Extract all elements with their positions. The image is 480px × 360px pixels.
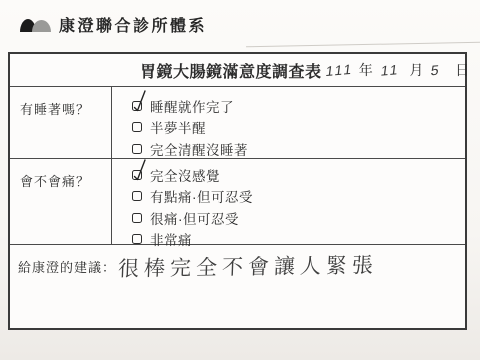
checkbox-icon xyxy=(132,122,142,132)
question-options-sleep: 睡醒就作完了 半夢半醒 完全清醒沒睡著 xyxy=(112,87,465,158)
question-label-sleep: 有睡著嗎？ xyxy=(10,87,112,158)
clinic-logo: 康澄聯合診所體系 xyxy=(20,13,207,36)
checkbox-icon xyxy=(132,144,142,154)
handwritten-day-value: 5 xyxy=(430,62,442,79)
option-label: 半夢半醒 xyxy=(150,117,206,137)
handwritten-month-value: 11 xyxy=(380,61,401,79)
option-label: 睡醒就作完了 xyxy=(150,96,234,116)
question-row-sleep: 有睡著嗎？ 睡醒就作完了 半夢半醒 xyxy=(10,87,465,159)
logo-gray-dome-shape xyxy=(32,20,51,32)
checkbox-icon xyxy=(132,213,142,223)
option-label: 有點痛·但可忍受 xyxy=(150,186,253,206)
checkbox-icon xyxy=(132,170,142,180)
option-row: 很痛·但可忍受 xyxy=(132,207,465,229)
checkbox-icon xyxy=(132,191,142,201)
handwritten-checkmark-icon xyxy=(130,88,149,113)
month-label: 月 xyxy=(409,60,423,80)
scan-artifact-line xyxy=(246,42,480,48)
suggestion-row: 給康澄的建議： 很棒完全不會讓人緊張 xyxy=(10,245,465,328)
option-row: 完全沒感覺 xyxy=(132,164,465,186)
option-row: 有點痛·但可忍受 xyxy=(132,186,465,208)
clinic-name: 康澄聯合診所體系 xyxy=(59,13,207,36)
checkbox-icon xyxy=(132,101,142,111)
handwritten-year-value: 111 xyxy=(324,61,354,79)
survey-title-row: 胃鏡大腸鏡滿意度調查表 111 年 11 月 5 日 xyxy=(10,54,465,87)
handwritten-checkmark-icon xyxy=(130,157,149,182)
option-row: 完全清醒沒睡著 xyxy=(132,138,465,160)
survey-table: 胃鏡大腸鏡滿意度調查表 111 年 11 月 5 日 有睡著嗎？ 睡醒就作完了 xyxy=(8,52,467,330)
option-row: 睡醒就作完了 xyxy=(132,95,465,117)
question-row-pain: 會不會痛？ 完全沒感覺 有點痛·但可忍受 xyxy=(10,159,465,245)
suggestion-label: 給康澄的建議： xyxy=(18,251,116,276)
question-label-pain: 會不會痛？ xyxy=(10,159,112,244)
form-title: 胃鏡大腸鏡滿意度調查表 xyxy=(140,59,322,82)
option-label: 完全沒感覺 xyxy=(150,165,220,185)
checkbox-icon xyxy=(132,234,142,244)
option-label: 完全清醒沒睡著 xyxy=(150,139,248,159)
clinic-logo-icon xyxy=(20,17,51,33)
handwritten-suggestion-text: 很棒完全不會讓人緊張 xyxy=(117,249,378,283)
question-options-pain: 完全沒感覺 有點痛·但可忍受 很痛·但可忍受 xyxy=(112,159,465,244)
year-label: 年 xyxy=(359,60,373,80)
option-row: 半夢半醒 xyxy=(132,117,465,139)
day-label: 日 xyxy=(455,60,469,80)
option-label: 很痛·但可忍受 xyxy=(150,208,239,228)
